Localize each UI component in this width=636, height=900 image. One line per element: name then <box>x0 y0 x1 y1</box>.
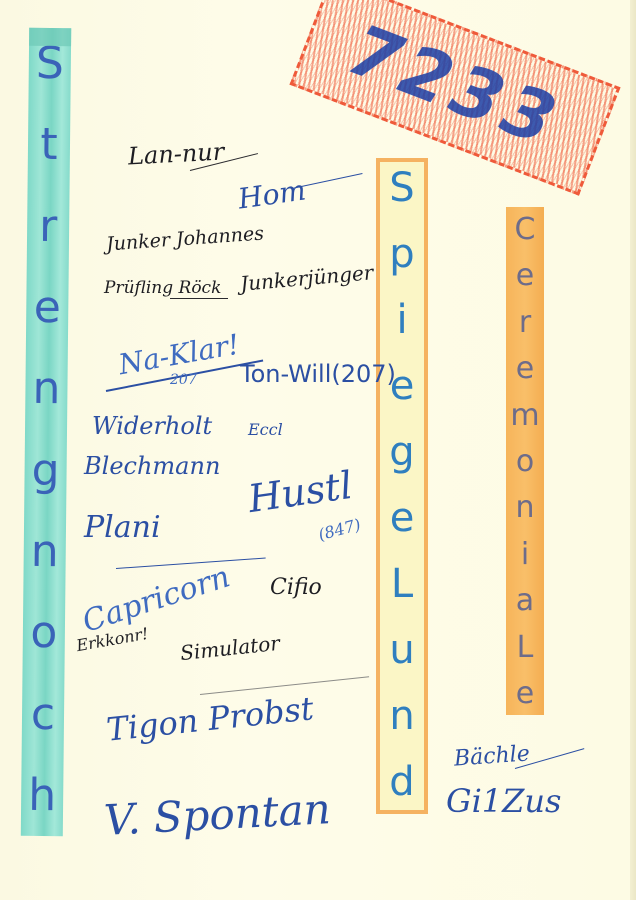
strip-letter: n <box>32 367 60 411</box>
strip-letter: c <box>31 692 56 736</box>
strip-letter: r <box>39 205 58 249</box>
signature-underline <box>116 558 266 569</box>
strip-letter: C <box>515 215 536 245</box>
strip-letter: a <box>516 586 534 616</box>
signature-junkerjuenger: Junkerjünger <box>239 260 374 296</box>
strip-letter: i <box>396 300 407 340</box>
signature-horn: Hom <box>236 173 308 215</box>
page-edge <box>630 0 636 900</box>
strip-letter: n <box>389 696 414 736</box>
strip-spiegelund: S p i e g e L u n d <box>376 158 428 814</box>
strip-letter: i <box>521 540 529 570</box>
strip-letter: e <box>516 354 534 384</box>
signature-capricorn: Capricorn <box>78 559 234 639</box>
strip-letter: S <box>389 168 414 208</box>
strip-letter: h <box>28 774 56 818</box>
strip-letter: e <box>34 286 62 330</box>
strip-letter: u <box>389 630 414 670</box>
signature-junker-johannes: Junker Johannes <box>105 223 264 256</box>
scribbled-stamp: 7233 <box>290 0 621 196</box>
strip-letter: p <box>389 234 414 274</box>
strip-letter: t <box>40 123 58 167</box>
strip-letter: o <box>30 611 57 655</box>
strip-letter: r <box>519 308 531 338</box>
strip-letter: n <box>31 530 59 574</box>
signature-plani: Plani <box>84 510 161 545</box>
signature-widerholt: Widerholt <box>92 412 212 440</box>
guestbook-page: 7233 S t r e n g n o c h S p i e g e L u… <box>0 0 636 900</box>
signature-hustl: Hustl <box>245 463 355 521</box>
signature-cifio: Cifio <box>270 575 322 600</box>
signature-v-spontan: V. Spontan <box>103 784 332 845</box>
stamp-number: 7233 <box>338 9 572 164</box>
strip-letter: n <box>515 493 534 523</box>
strip-letter: o <box>516 447 534 477</box>
strip-letter: L <box>391 564 413 604</box>
strip-letter: d <box>389 762 414 802</box>
signature-simulator: Simulator <box>179 631 281 665</box>
strip-strengnoch: S t r e n g n o c h <box>21 28 71 836</box>
signature-hustl-number: (847) <box>316 515 362 544</box>
strip-ceremoniale: C e r e m o n i a L e <box>506 207 544 715</box>
strip-letter: e <box>516 679 534 709</box>
signature-gifzus: Gi1Zus <box>446 782 561 820</box>
signature-ton-will: Ton-Will(207) <box>240 360 396 388</box>
strip-letter: e <box>390 498 415 538</box>
strip-letter: L <box>517 633 534 663</box>
signature-blechmann: Blechmann <box>84 452 220 480</box>
signature-na-klar-number: 207 <box>170 372 197 388</box>
strip-letter: g <box>389 432 414 472</box>
strip-letter: e <box>516 261 534 291</box>
signature-eccl: Eccl <box>248 420 283 439</box>
signature-underline <box>170 298 228 299</box>
signature-tigon-probst: Tigon Probst <box>105 689 316 749</box>
signature-pruefling-roeck: Prüfling Röck <box>104 278 221 298</box>
strip-letter: m <box>510 401 539 431</box>
strip-letter: g <box>31 448 59 492</box>
strip-letter: S <box>36 42 64 86</box>
